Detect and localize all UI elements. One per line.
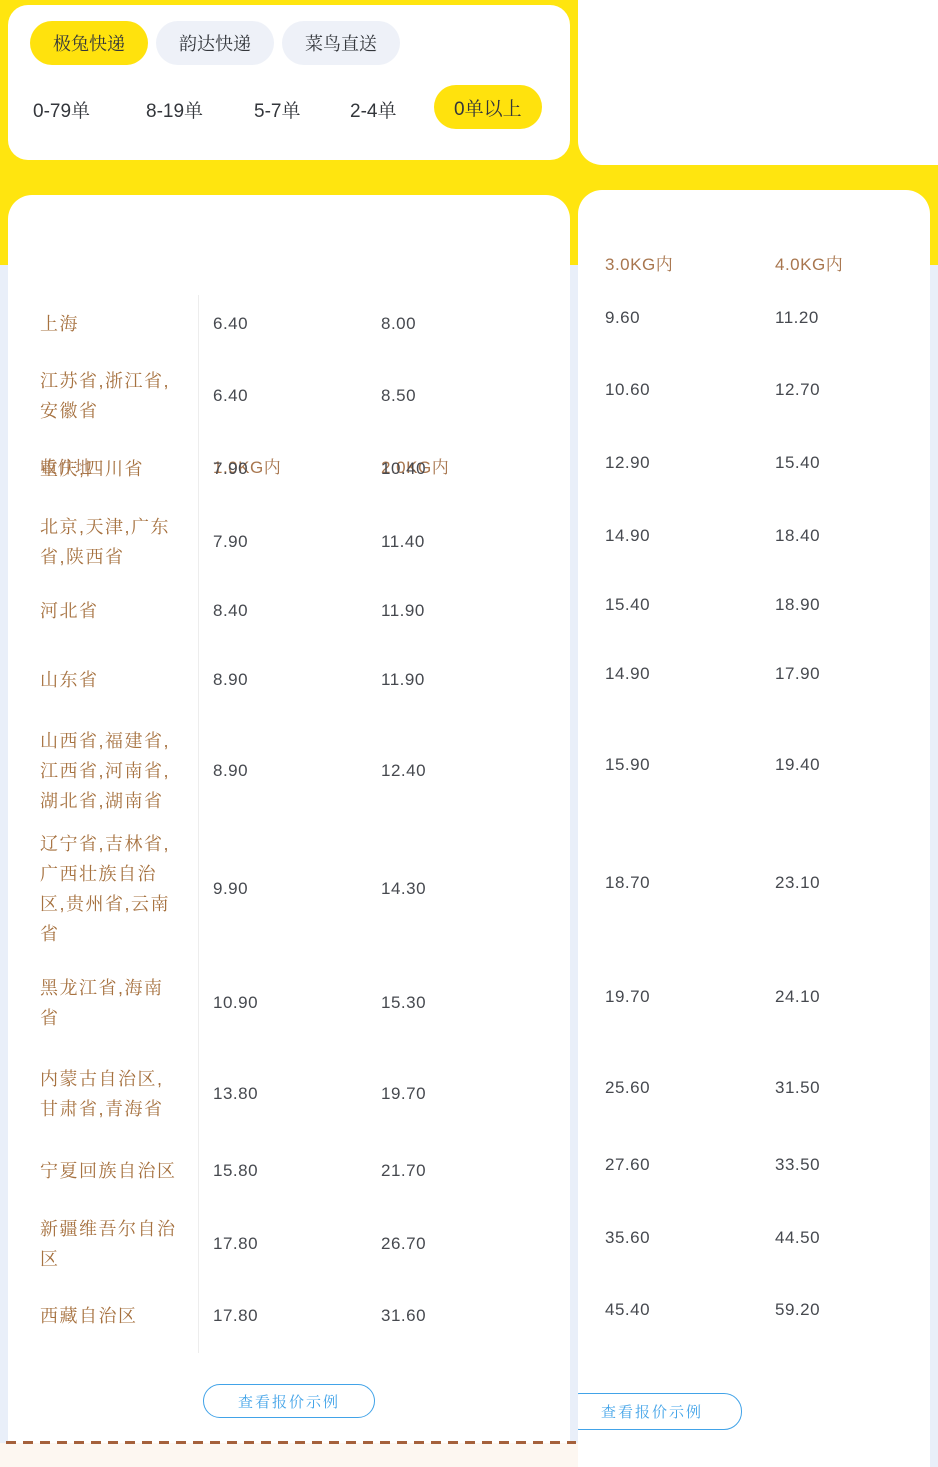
destination-cell: 江苏省,浙江省,安徽省 <box>40 366 182 426</box>
destination-cell: 重庆,四川省 <box>40 454 182 484</box>
price-cell-3kg: 18.70 <box>605 873 650 893</box>
destination-cell: 上海 <box>40 309 182 339</box>
price-cell-3kg: 19.70 <box>605 987 650 1007</box>
price-cell-1kg: 13.80 <box>213 1084 258 1104</box>
destination-cell: 宁夏回族自治区 <box>40 1156 182 1186</box>
price-rows-right: 9.6011.2010.6012.7012.9015.4014.9018.401… <box>578 282 930 1346</box>
price-cell-4kg: 11.20 <box>775 308 819 328</box>
table-row: 江苏省,浙江省,安徽省6.408.50 <box>8 360 570 432</box>
price-cell-1kg: 8.90 <box>213 761 248 781</box>
price-cell-3kg: 9.60 <box>605 308 640 328</box>
table-row: 黑龙江省,海南省10.9015.30 <box>8 951 570 1054</box>
price-cell-3kg: 35.60 <box>605 1228 650 1248</box>
price-cell-1kg: 10.90 <box>213 993 258 1013</box>
price-cell-1kg: 6.40 <box>213 314 248 334</box>
page-background: 极兔快递韵达快递菜鸟直送 0-79单8-19单5-7单2-4单0单以上 收件地 … <box>0 0 938 1467</box>
price-cell-4kg: 44.50 <box>775 1228 820 1248</box>
price-cell-1kg: 8.40 <box>213 601 248 621</box>
courier-tabs: 极兔快递韵达快递菜鸟直送 <box>30 21 400 65</box>
table-row: 宁夏回族自治区15.8021.70 <box>8 1134 570 1207</box>
table-row: 山东省8.9011.90 <box>8 643 570 716</box>
table-row: 重庆,四川省7.9010.40 <box>8 432 570 505</box>
price-cell-3kg: 12.90 <box>605 453 650 473</box>
filter-order-count-0[interactable]: 0-79单 <box>33 96 90 123</box>
table-row: 14.9018.40 <box>578 499 930 572</box>
destination-cell: 黑龙江省,海南省 <box>40 973 182 1033</box>
table-row: 15.9019.40 <box>578 710 930 820</box>
price-cell-1kg: 7.90 <box>213 532 248 552</box>
price-cell-3kg: 10.60 <box>605 380 650 400</box>
price-cell-4kg: 12.70 <box>775 380 820 400</box>
price-cell-1kg: 6.40 <box>213 386 248 406</box>
price-cell-2kg: 11.90 <box>381 670 425 690</box>
price-cell-4kg: 15.40 <box>775 453 820 473</box>
price-cell-3kg: 15.40 <box>605 595 650 615</box>
price-table-card-left: 收件地 1.0KG内 2.0KG内 上海6.408.00江苏省,浙江省,安徽省6… <box>8 195 570 1443</box>
price-cell-3kg: 45.40 <box>605 1300 650 1320</box>
table-row: 河北省8.4011.90 <box>8 578 570 643</box>
table-row: 25.6031.50 <box>578 1048 930 1128</box>
price-cell-4kg: 24.10 <box>775 987 820 1007</box>
destination-cell: 北京,天津,广东省,陕西省 <box>40 512 182 572</box>
price-cell-1kg: 17.80 <box>213 1306 258 1326</box>
destination-cell: 河北省 <box>40 596 182 626</box>
price-cell-2kg: 26.70 <box>381 1234 426 1254</box>
price-cell-2kg: 8.00 <box>381 314 416 334</box>
filter-order-count-4[interactable]: 0单以上 <box>434 85 542 129</box>
table-row: 12.9015.40 <box>578 426 930 499</box>
filter-order-count-3[interactable]: 2-4单 <box>350 96 396 123</box>
table-row: 内蒙古自治区,甘肃省,青海省13.8019.70 <box>8 1054 570 1134</box>
price-cell-3kg: 14.90 <box>605 526 650 546</box>
price-cell-1kg: 9.90 <box>213 879 248 899</box>
price-cell-4kg: 17.90 <box>775 664 820 684</box>
destination-cell: 辽宁省,吉林省,广西壮族自治区,贵州省,云南省 <box>40 829 182 949</box>
table-row: 14.9017.90 <box>578 637 930 710</box>
price-cell-4kg: 23.10 <box>775 873 820 893</box>
price-cell-4kg: 33.50 <box>775 1155 820 1175</box>
tab-courier-0[interactable]: 极兔快递 <box>30 21 148 65</box>
adjacent-filter-card <box>578 0 938 165</box>
table-row: 9.6011.20 <box>578 282 930 354</box>
column-header-3kg: 3.0KG内 <box>605 250 673 275</box>
view-quote-example-button[interactable]: 查看报价示例 <box>203 1384 375 1418</box>
price-cell-3kg: 27.60 <box>605 1155 650 1175</box>
price-cell-2kg: 21.70 <box>381 1161 426 1181</box>
table-row: 19.7024.10 <box>578 945 930 1048</box>
price-cell-1kg: 17.80 <box>213 1234 258 1254</box>
price-cell-1kg: 15.80 <box>213 1161 258 1181</box>
price-cell-2kg: 14.30 <box>381 879 426 899</box>
table-row: 35.6044.50 <box>578 1201 930 1274</box>
table-row: 15.4018.90 <box>578 572 930 637</box>
price-cell-1kg: 8.90 <box>213 670 248 690</box>
table-row: 上海6.408.00 <box>8 288 570 360</box>
price-cell-4kg: 59.20 <box>775 1300 820 1320</box>
dashed-divider <box>6 1441 576 1444</box>
destination-cell: 新疆维吾尔自治区 <box>40 1214 182 1274</box>
price-cell-2kg: 15.30 <box>381 993 426 1013</box>
price-cell-3kg: 15.90 <box>605 755 650 775</box>
price-cell-2kg: 10.40 <box>381 459 426 479</box>
table-row: 新疆维吾尔自治区17.8026.70 <box>8 1207 570 1280</box>
destination-cell: 山西省,福建省,江西省,河南省,湖北省,湖南省 <box>40 726 182 816</box>
table-row: 西藏自治区17.8031.60 <box>8 1280 570 1352</box>
courier-filter-card: 极兔快递韵达快递菜鸟直送 0-79单8-19单5-7单2-4单0单以上 <box>8 5 570 160</box>
price-cell-4kg: 31.50 <box>775 1078 820 1098</box>
price-cell-3kg: 14.90 <box>605 664 650 684</box>
cream-footer-band <box>0 1443 578 1467</box>
price-cell-3kg: 25.60 <box>605 1078 650 1098</box>
view-quote-example-button-right[interactable]: 查看报价示例 <box>578 1393 742 1430</box>
price-cell-2kg: 11.90 <box>381 601 425 621</box>
price-cell-2kg: 12.40 <box>381 761 426 781</box>
price-cell-4kg: 19.40 <box>775 755 820 775</box>
price-cell-4kg: 18.40 <box>775 526 820 546</box>
price-cell-1kg: 7.90 <box>213 459 248 479</box>
table-row: 10.6012.70 <box>578 354 930 426</box>
table-row: 山西省,福建省,江西省,河南省,湖北省,湖南省8.9012.40 <box>8 716 570 826</box>
table-row: 45.4059.20 <box>578 1274 930 1346</box>
table-row: 北京,天津,广东省,陕西省7.9011.40 <box>8 505 570 578</box>
tab-courier-2[interactable]: 菜鸟直送 <box>282 21 400 65</box>
price-cell-2kg: 19.70 <box>381 1084 426 1104</box>
price-cell-4kg: 18.90 <box>775 595 820 615</box>
price-cell-2kg: 11.40 <box>381 532 425 552</box>
price-cell-2kg: 8.50 <box>381 386 416 406</box>
destination-cell: 山东省 <box>40 665 182 695</box>
price-rows-left: 上海6.408.00江苏省,浙江省,安徽省6.408.50重庆,四川省7.901… <box>8 288 570 1352</box>
filter-order-count-2[interactable]: 5-7单 <box>254 96 300 123</box>
tab-courier-1[interactable]: 韵达快递 <box>156 21 274 65</box>
column-header-4kg: 4.0KG内 <box>775 250 843 275</box>
table-row: 辽宁省,吉林省,广西壮族自治区,贵州省,云南省9.9014.30 <box>8 826 570 951</box>
destination-cell: 西藏自治区 <box>40 1301 182 1331</box>
table-row: 27.6033.50 <box>578 1128 930 1201</box>
filter-order-count-1[interactable]: 8-19单 <box>146 96 203 123</box>
price-table-card-right: 3.0KG内 4.0KG内 9.6011.2010.6012.7012.9015… <box>578 190 930 1467</box>
table-row: 18.7023.10 <box>578 820 930 945</box>
price-cell-2kg: 31.60 <box>381 1306 426 1326</box>
destination-cell: 内蒙古自治区,甘肃省,青海省 <box>40 1064 182 1124</box>
